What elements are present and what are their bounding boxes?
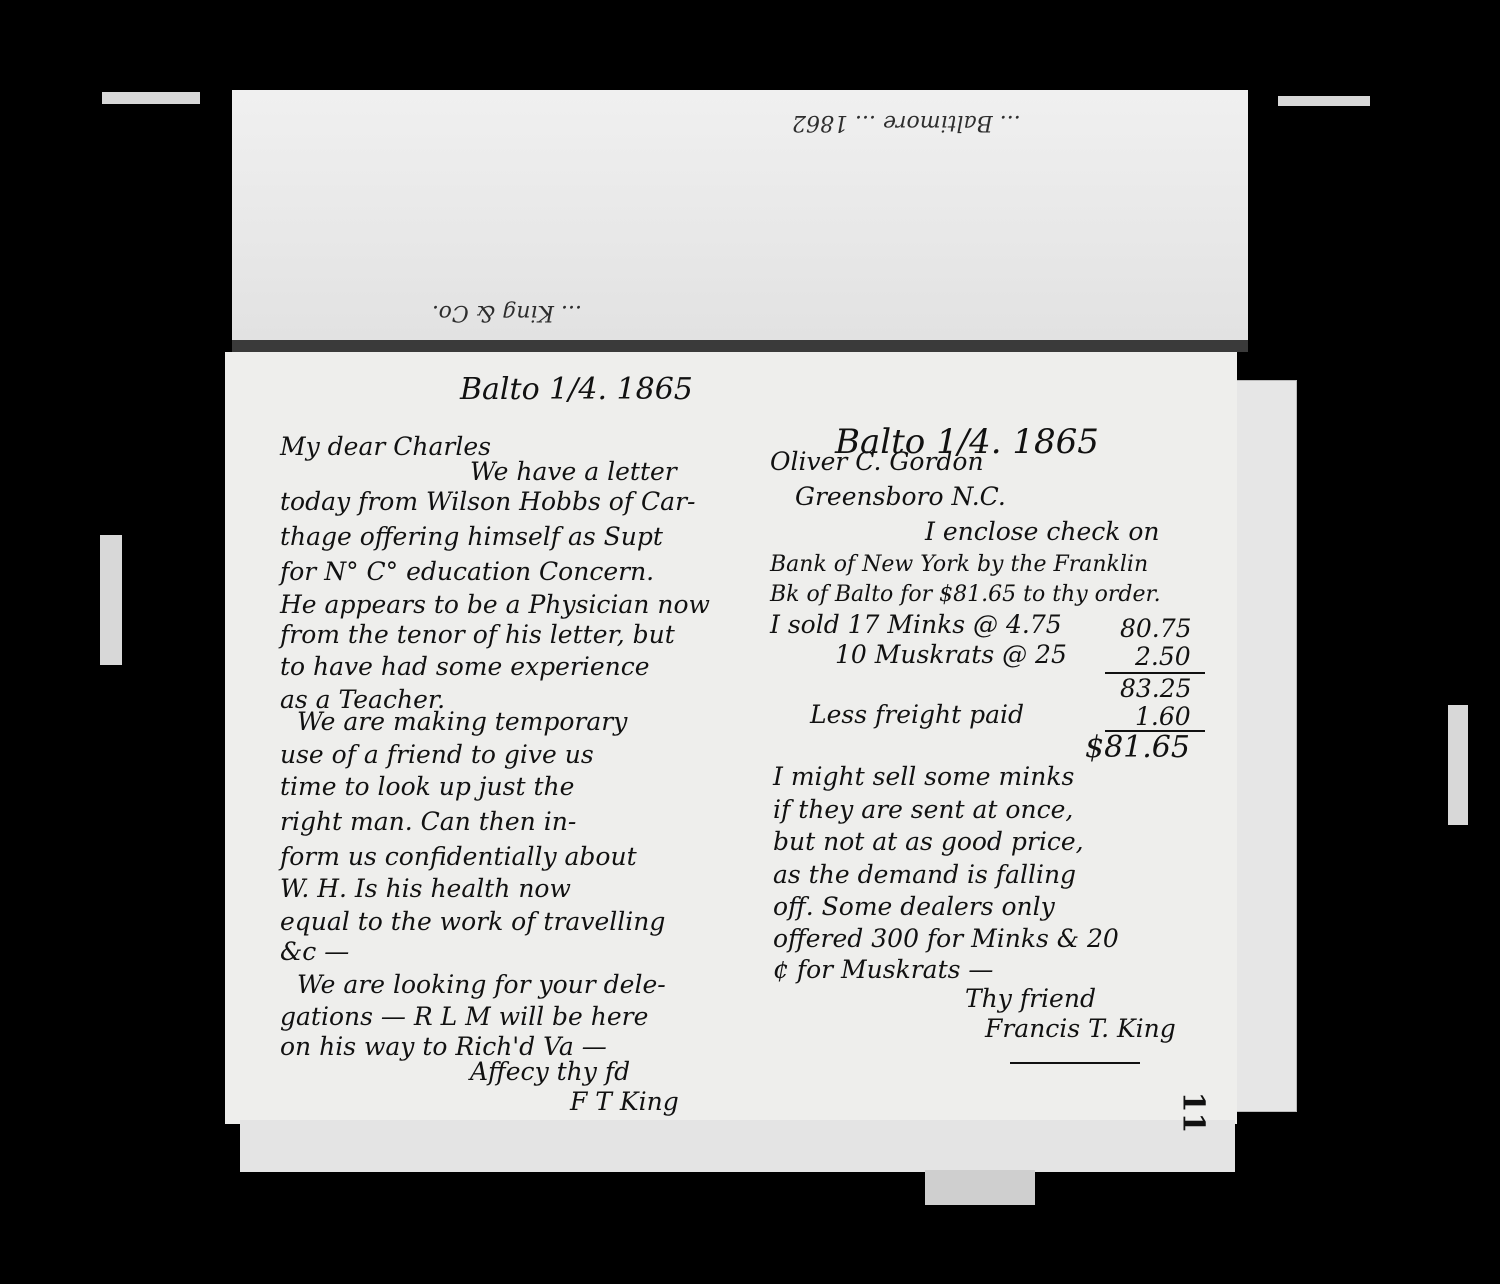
- page-lower-edge: [240, 1120, 1235, 1172]
- left-line: We are making temporary: [297, 707, 627, 736]
- right-side-tab: [1448, 705, 1468, 825]
- left-tab: [102, 92, 200, 104]
- right-address: Greensboro N.C.: [795, 482, 1006, 511]
- account-desc: 10 Muskrats @ 25: [835, 640, 1067, 669]
- left-line: equal to the work of travelling: [280, 907, 665, 936]
- left-line: today from Wilson Hobbs of Car-: [280, 487, 695, 516]
- right-signature: Francis T. King: [985, 1014, 1176, 1043]
- account-amount: 83.25: [1120, 674, 1192, 703]
- right-body-line: but not at as good price,: [773, 827, 1084, 856]
- left-letter-date: Balto 1/4. 1865: [460, 372, 693, 407]
- account-desc: I sold 17 Minks @ 4.75: [770, 610, 1062, 639]
- right-body-line: off. Some dealers only: [773, 892, 1055, 921]
- left-line: We have a letter: [470, 457, 677, 486]
- binding-fold: [232, 340, 1248, 352]
- upper-text-1: ... Baltimore ... 1862: [792, 110, 1021, 135]
- right-closing: Thy friend: [965, 984, 1096, 1013]
- account-total: $81.65: [1085, 730, 1190, 765]
- left-line: from the tenor of his letter, but: [280, 620, 675, 649]
- right-line: Bank of New York by the Franklin: [770, 552, 1148, 577]
- manuscript-page: Balto 1/4. 1865 My dear Charles We have …: [225, 352, 1237, 1124]
- signature-flourish: [1010, 1062, 1140, 1064]
- left-line: He appears to be a Physician now: [280, 590, 710, 619]
- account-amount: 80.75: [1120, 614, 1192, 643]
- right-tab: [1278, 96, 1370, 106]
- account-desc: Less freight paid: [810, 700, 1024, 729]
- upper-text-2: ... King & Co.: [432, 300, 582, 325]
- right-body-line: if they are sent at once,: [773, 795, 1073, 824]
- right-addressee: Oliver C. Gordon: [770, 447, 984, 476]
- left-line: time to look up just the: [280, 772, 574, 801]
- left-line: use of a friend to give us: [280, 740, 594, 769]
- right-line: I enclose check on: [925, 517, 1160, 546]
- right-body-line: ¢ for Muskrats —: [773, 955, 993, 984]
- left-side-tab: [100, 535, 122, 665]
- right-body-line: I might sell some minks: [773, 762, 1074, 791]
- left-line: to have had some experience: [280, 652, 650, 681]
- folio-number: 11: [1175, 1092, 1210, 1134]
- left-signature: F T King: [570, 1087, 679, 1116]
- right-body-line: offered 300 for Minks & 20: [773, 924, 1119, 953]
- left-salutation: My dear Charles: [280, 432, 491, 461]
- left-line: gations — R L M will be here: [280, 1002, 648, 1031]
- left-closing: Affecy thy fd: [470, 1057, 630, 1086]
- left-line: for N° C° education Concern.: [280, 557, 654, 586]
- account-amount: 2.50: [1135, 642, 1191, 671]
- account-amount: 1.60: [1135, 702, 1191, 731]
- left-line: right man. Can then in-: [280, 807, 576, 836]
- right-line: Bk of Balto for $81.65 to thy order.: [770, 582, 1161, 607]
- right-body-line: as the demand is falling: [773, 860, 1076, 889]
- left-line: &c —: [280, 937, 349, 966]
- left-line: W. H. Is his health now: [280, 874, 571, 903]
- left-line: form us confidentially about: [280, 842, 637, 871]
- upper-reverse-page: ... Baltimore ... 1862 ... King & Co.: [232, 90, 1248, 343]
- left-line: We are looking for your dele-: [297, 970, 666, 999]
- left-line: thage offering himself as Supt: [280, 522, 663, 551]
- archive-stamp: [925, 1170, 1035, 1205]
